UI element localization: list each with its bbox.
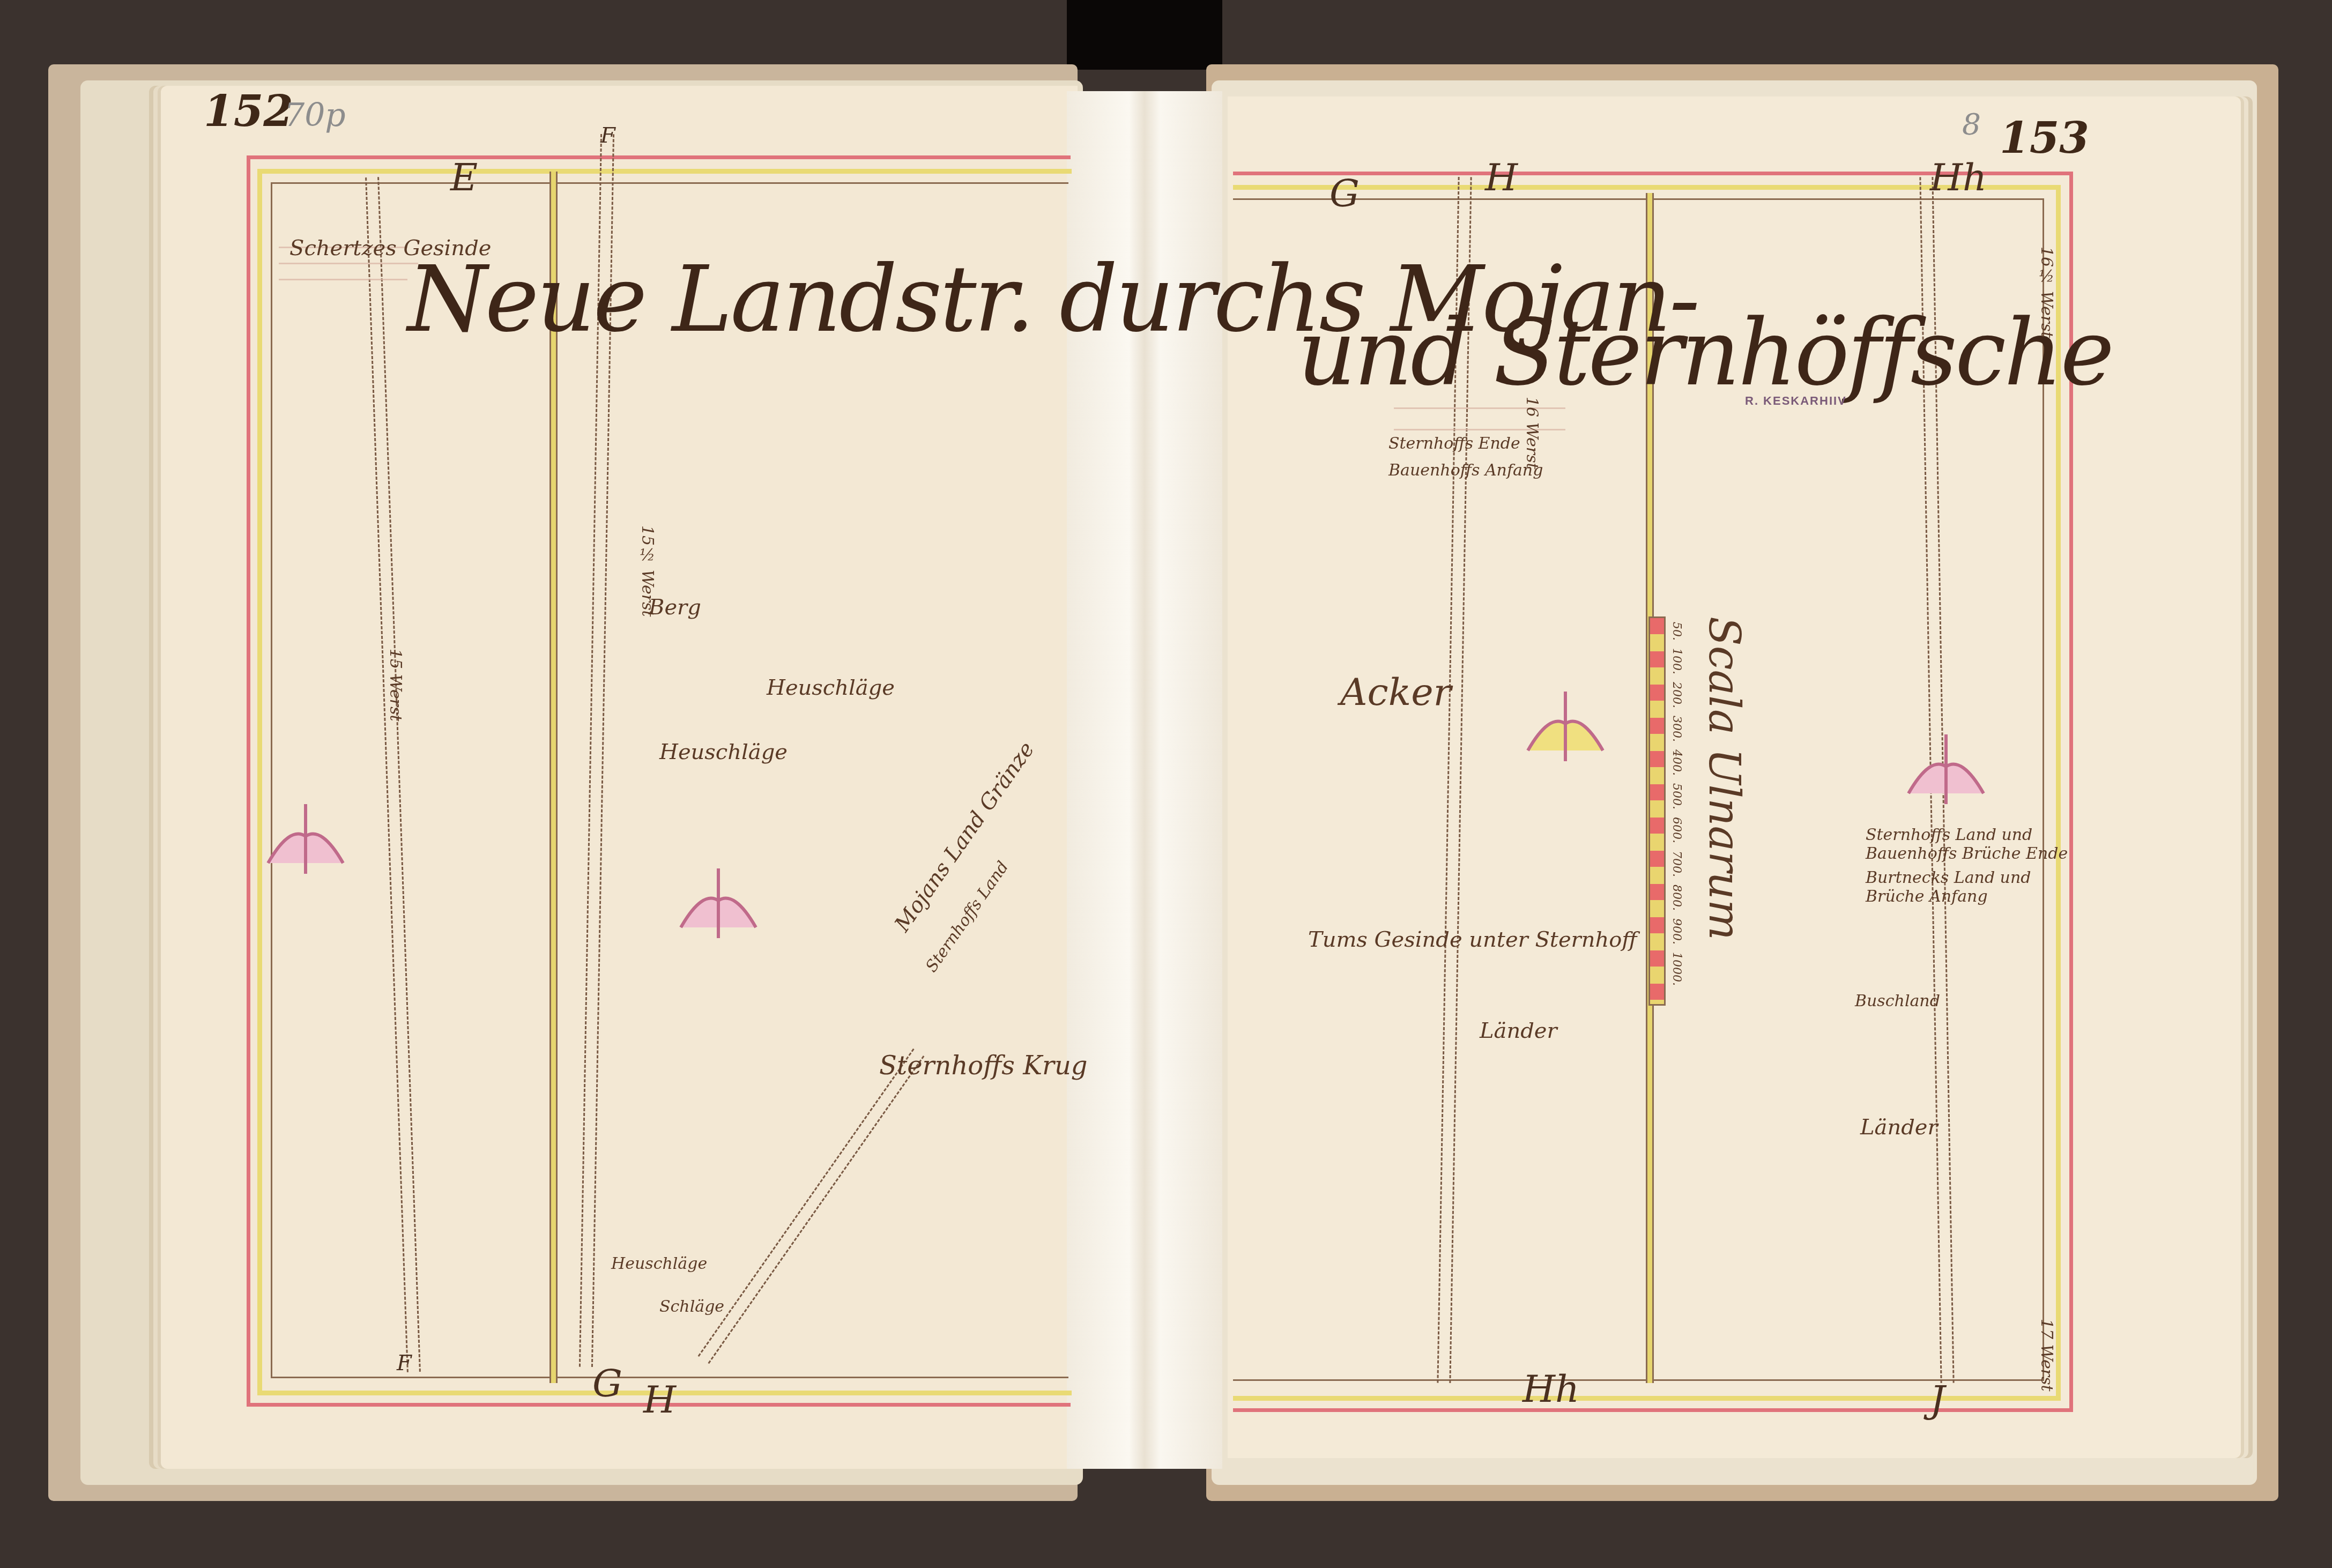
map-label: Acker <box>1340 670 1451 714</box>
spine-shadow <box>1067 0 1222 70</box>
right-page-number: 153 <box>2000 113 2089 163</box>
map-label: Sternhoffs Krug <box>879 1051 1088 1081</box>
map-label: Sternhoffs Ende <box>1388 434 1520 453</box>
archive-stamp: R. KESKARHIIV <box>1745 394 1847 408</box>
scale-tick: 200. <box>1670 682 1683 708</box>
compass-rose-icon <box>1517 681 1614 767</box>
map-label: Tums Gesinde unter Sternhoff <box>1308 927 1637 952</box>
scale-tick: 400. <box>1670 749 1683 776</box>
scale-ticks: 50. 100. 200. 300. 400. 500. 600. 700. 8… <box>1670 622 1683 986</box>
left-page-number: 152 <box>204 86 293 136</box>
scale-tick: 300. <box>1670 716 1683 742</box>
scale-tick: 700. <box>1670 851 1683 877</box>
map-label: Schläge <box>659 1297 724 1316</box>
map-label: Buschland <box>1855 992 1940 1010</box>
map-label: Burtnecks Land und Brüche Anfang <box>1866 868 2091 906</box>
map-label: Heuschläge <box>659 740 788 764</box>
map-label: Länder <box>1860 1115 1938 1140</box>
grid-letter: F <box>397 1351 412 1376</box>
compass-rose-icon <box>257 793 354 879</box>
map-label: Länder <box>1480 1019 1557 1043</box>
grid-letter: G <box>1330 172 1360 215</box>
map-label: 15 Werst <box>386 649 405 722</box>
grid-letter: Hh <box>1523 1367 1579 1411</box>
grid-letter: F <box>600 123 615 148</box>
map-label: Sternhoffs Land und Bauenhoffs Brüche En… <box>1866 826 2091 863</box>
meadow-hatch <box>279 263 418 264</box>
scale-tick: 800. <box>1670 885 1683 911</box>
map-label: 16 Werst <box>1523 397 1541 470</box>
scale-tick: 600. <box>1670 817 1683 843</box>
grid-letter: G <box>592 1362 622 1406</box>
scale-tick: 1000. <box>1670 952 1683 986</box>
scale-title: Scala Ulnarum <box>1699 616 1749 940</box>
left-pencil-note: 70p <box>284 96 346 134</box>
scale-tick: 100. <box>1670 648 1683 674</box>
grid-letter: E <box>450 155 478 199</box>
map-label: Berg <box>649 595 701 620</box>
map-label: Heuschläge <box>767 675 895 700</box>
grid-letter: J <box>1930 1378 1945 1422</box>
scale-tick: 900. <box>1670 918 1683 945</box>
left-strip-divider <box>549 172 558 1383</box>
scale-tick: 500. <box>1670 783 1683 809</box>
map-label: Schertzes Gesinde <box>289 236 491 261</box>
grid-letter: H <box>1485 155 1518 199</box>
map-label: 17 Werst <box>2037 1319 2056 1392</box>
map-label: Heuschläge <box>611 1254 707 1273</box>
meadow-hatch <box>279 279 407 280</box>
scale-bar <box>1648 616 1666 1006</box>
right-pencil-note: 8 <box>1962 107 1981 142</box>
grid-letter: Hh <box>1930 155 1987 199</box>
map-label: Bauenhoffs Anfang <box>1388 461 1543 480</box>
map-label: 16½ Werst <box>2037 247 2056 338</box>
scale-tick: 50. <box>1670 622 1683 641</box>
compass-rose-icon <box>670 858 767 943</box>
map-title-right: und Sternhöffsche <box>1297 300 2112 406</box>
compass-rose-icon <box>1898 724 1994 809</box>
grid-letter: H <box>643 1378 676 1422</box>
